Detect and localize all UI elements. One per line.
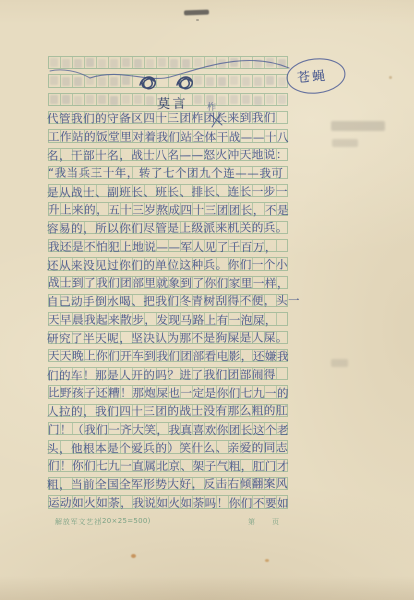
erased-character-mark — [62, 95, 70, 104]
manuscript-line-9: 还从来没见过你们的单位这种兵。你们一个小 — [47, 258, 299, 272]
manuscript-line-6: 升上来的，五十三岁熬成四十三团团长，不是 — [48, 204, 300, 218]
ink-smudge-stamp — [184, 10, 209, 16]
erased-character-mark — [266, 76, 274, 85]
erased-character-mark — [242, 77, 250, 86]
erased-character-mark — [194, 95, 202, 104]
erased-character-mark — [50, 95, 58, 104]
erased-character-mark — [122, 95, 130, 104]
page-number-suffix: 页 — [272, 517, 280, 527]
erased-character-mark — [122, 58, 130, 67]
manuscript-line-2: 工作站的饭堂里对着我们站全体干战——十八 — [48, 130, 300, 144]
erased-character-mark — [110, 77, 118, 86]
age-stain — [265, 559, 269, 562]
manuscript-line-1: 代管我们的守备区四十三团柞团长来到我们 — [47, 112, 299, 126]
grid-cell — [145, 75, 157, 86]
manuscript-line-17: 人拉的，我们四十三团的战士没有那么粗的肛 — [47, 405, 299, 419]
erased-character-mark — [158, 58, 166, 67]
grid-spec-label: (20×25=500) — [99, 517, 151, 525]
erased-character-mark — [230, 95, 238, 104]
erased-character-mark — [182, 59, 190, 68]
manuscript-line-8: 我还是不怕犯上地说——军人见了千百万， — [48, 240, 300, 254]
erased-character-mark — [194, 76, 202, 85]
erased-character-mark — [134, 59, 142, 68]
erased-character-mark — [254, 59, 262, 68]
manuscript-line-3: 名，干部十名，战士八名——怒火冲天地说： — [47, 148, 299, 162]
manuscript-line-16: 比野孩子还糟！那炮屎也一定是你们七九一的 — [48, 387, 300, 401]
page-number-prefix: 第 — [248, 517, 256, 527]
pencil-smudge — [332, 139, 358, 147]
age-stain — [389, 76, 392, 79]
manuscript-line-11: 自己动手倒水喝、把我们冬青树刮得不便，头一 — [47, 295, 299, 309]
pencil-smudge — [331, 121, 385, 131]
erased-character-mark — [146, 96, 154, 105]
erased-character-mark — [134, 95, 142, 104]
erased-character-mark — [86, 95, 94, 104]
erased-character-mark — [218, 77, 226, 86]
author-name: 莫言 — [157, 93, 188, 113]
erased-character-mark — [266, 58, 274, 67]
grid-row — [48, 56, 288, 69]
erased-character-mark — [62, 59, 70, 68]
manuscript-line-19: 头，他根本是个爱兵的）笑什么、亲爱的同志 — [47, 441, 299, 455]
erased-character-mark — [230, 76, 238, 85]
grid-cell — [169, 75, 181, 86]
manuscript-line-5: 是从战士、副班长、班长、排长、连长一步一 — [47, 185, 299, 199]
erased-character-mark — [62, 77, 70, 86]
manuscript-line-10: 战士到了我们团部里就象到了你们家里一样， — [48, 277, 300, 291]
erased-character-mark — [50, 58, 58, 67]
erased-character-mark — [218, 59, 226, 68]
grid-cell — [181, 75, 193, 86]
erased-character-mark — [170, 59, 178, 68]
erased-character-mark — [254, 77, 262, 86]
erased-character-mark — [278, 59, 286, 68]
manuscript-line-12: 天早晨我起来散步，发现马路上有一泡屎， — [48, 313, 300, 327]
ink-dot — [196, 19, 199, 21]
erased-character-mark — [98, 77, 106, 86]
erased-character-mark — [50, 76, 58, 85]
manuscript-line-22: 运动如火如荼，我说如火如荼吗！你们不要如 — [48, 496, 300, 510]
grid-cell — [133, 75, 145, 86]
pencil-smudge — [331, 359, 348, 367]
erased-character-mark — [110, 59, 118, 68]
manuscript-line-13: 研究了半天呢，坚决认为那不是狗屎是人屎。 — [47, 331, 299, 345]
erased-character-mark — [206, 77, 214, 86]
manuscript-line-21: 粗，当前全国全军形势大好，反击右倾翻案风 — [47, 478, 299, 492]
erased-character-mark — [194, 58, 202, 67]
erased-character-mark — [278, 77, 286, 86]
erased-character-mark — [218, 96, 226, 105]
erased-character-mark — [110, 96, 118, 105]
erased-character-mark — [254, 96, 262, 105]
manuscript-line-15: 们的车！那是人开的吗？进了我们团部闹得 — [47, 368, 299, 382]
manuscript-line-20: 们！你们七九一直属北京、架子气粗，肛门才 — [48, 460, 300, 474]
manuscript-line-7: 容易的，所以你们尽管是上级派来机关的兵。 — [47, 222, 299, 236]
erased-character-mark — [86, 58, 94, 67]
erased-character-mark — [242, 95, 250, 104]
manuscript-line-4: “我当兵三十年，转了七个团九个连——我可 — [48, 167, 300, 181]
erased-character-mark — [86, 76, 94, 85]
erased-character-mark — [242, 59, 250, 68]
publisher-label: 解放军文艺社 — [55, 517, 102, 527]
manuscript-line-18: 门！（我们一齐大笑，我真喜欢你团长这个老 — [48, 423, 300, 437]
erased-character-mark — [278, 95, 286, 104]
erased-character-mark — [230, 58, 238, 67]
erased-character-mark — [74, 77, 82, 86]
erased-character-mark — [98, 59, 106, 68]
erased-character-mark — [266, 95, 274, 104]
erased-character-mark — [206, 59, 214, 68]
erased-character-mark — [98, 95, 106, 104]
manuscript-line-14: 天天晚上你们开车到我们团部看电影，还嫌我 — [48, 350, 300, 364]
manuscript-page: 苍蝇 莫言 柞 代管我们的守备区四十三团柞团长来到我们工作站的饭堂里对着我们站全… — [0, 0, 414, 600]
circled-annotation-text: 苍蝇 — [296, 65, 328, 87]
erased-character-mark — [122, 76, 130, 85]
grid-row — [48, 74, 288, 87]
erased-character-mark — [74, 96, 82, 105]
erased-character-mark — [74, 59, 82, 68]
age-stain — [131, 554, 136, 558]
grid-cell — [157, 75, 169, 86]
erased-character-mark — [146, 59, 154, 68]
